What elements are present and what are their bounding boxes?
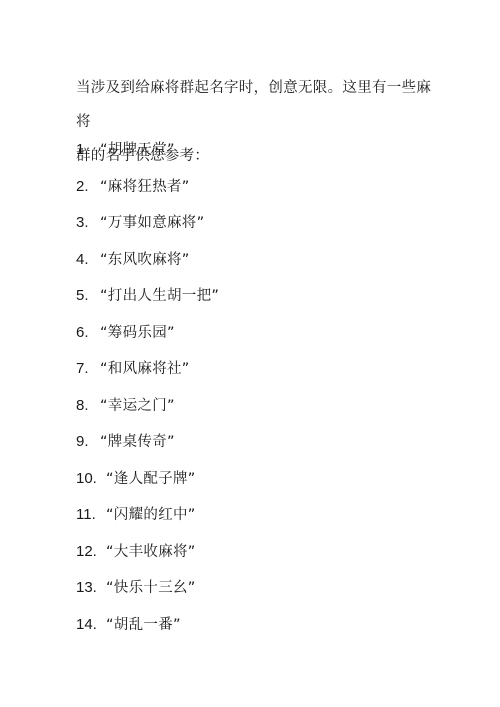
list-item: 11.“闪耀的红中” — [76, 505, 219, 542]
item-name: “筹码乐园” — [100, 323, 175, 343]
item-name: “牌桌传奇” — [100, 432, 175, 452]
item-number: 12. — [76, 542, 106, 562]
item-number: 1. — [76, 140, 100, 160]
list-item: 13.“快乐十三幺” — [76, 578, 219, 615]
item-number: 6. — [76, 323, 100, 343]
item-name: “万事如意麻将” — [100, 213, 204, 233]
list-item: 2.“麻将狂热者” — [76, 177, 219, 214]
item-number: 5. — [76, 286, 100, 306]
item-number: 10. — [76, 469, 106, 489]
item-name: “打出人生胡一把” — [100, 286, 219, 306]
name-list: 1.“胡牌天堂” 2.“麻将狂热者” 3.“万事如意麻将” 4.“东风吹麻将” … — [76, 140, 219, 651]
item-number: 3. — [76, 213, 100, 233]
item-name: “东风吹麻将” — [100, 250, 190, 270]
item-name: “麻将狂热者” — [100, 177, 190, 197]
item-name: “快乐十三幺” — [106, 578, 196, 598]
item-name: “胡乱一番” — [106, 615, 181, 635]
list-item: 8.“幸运之门” — [76, 396, 219, 433]
list-item: 6.“筹码乐园” — [76, 323, 219, 360]
item-number: 4. — [76, 250, 100, 270]
item-number: 9. — [76, 432, 100, 452]
list-item: 3.“万事如意麻将” — [76, 213, 219, 250]
list-item: 4.“东风吹麻将” — [76, 250, 219, 287]
document-page: 当涉及到给麻将群起名字时，创意无限。这里有一些麻将群的名字供您参考： 1.“胡牌… — [0, 0, 500, 707]
item-number: 14. — [76, 615, 106, 635]
item-number: 11. — [76, 505, 106, 525]
list-item: 7.“和风麻将社” — [76, 359, 219, 396]
item-name: “和风麻将社” — [100, 359, 190, 379]
item-name: “幸运之门” — [100, 396, 175, 416]
list-item: 14.“胡乱一番” — [76, 615, 219, 652]
item-number: 13. — [76, 578, 106, 598]
item-name: “逢人配子牌” — [106, 469, 196, 489]
list-item: 1.“胡牌天堂” — [76, 140, 219, 177]
item-number: 2. — [76, 177, 100, 197]
item-name: “大丰收麻将” — [106, 542, 196, 562]
intro-line-1: 当涉及到给麻将群起名字时，创意无限。这里有一些麻将 — [76, 80, 431, 130]
item-number: 8. — [76, 396, 100, 416]
list-item: 10.“逢人配子牌” — [76, 469, 219, 506]
list-item: 12.“大丰收麻将” — [76, 542, 219, 579]
item-number: 7. — [76, 359, 100, 379]
item-name: “胡牌天堂” — [100, 140, 175, 160]
list-item: 9.“牌桌传奇” — [76, 432, 219, 469]
list-item: 5.“打出人生胡一把” — [76, 286, 219, 323]
item-name: “闪耀的红中” — [106, 505, 196, 525]
